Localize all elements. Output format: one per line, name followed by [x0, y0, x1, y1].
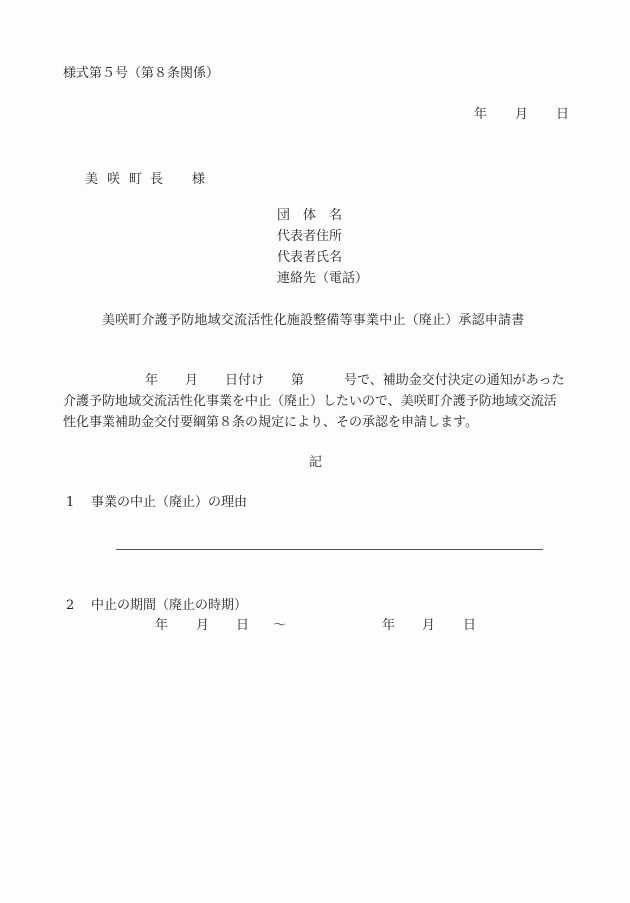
section2-to-day: 日: [463, 619, 476, 632]
ki-heading: 記: [309, 456, 322, 469]
applicant-representative-label: 代表者氏名: [277, 251, 342, 264]
body-line2: 介護予防地域交流活性化事業を中止（廃止）したいので、美咲町介護予防地域交流活: [63, 395, 557, 408]
addressee-char: 町: [129, 168, 142, 187]
section2-number: 2: [66, 599, 74, 612]
body-month: 月: [185, 374, 198, 387]
section2-tilde: ～: [273, 619, 286, 632]
section2-to-month: 月: [422, 619, 435, 632]
section2-from-month: 月: [196, 619, 209, 632]
date-day: 日: [556, 108, 569, 121]
section2-from-day: 日: [236, 619, 249, 632]
section2-to-year: 年: [382, 619, 395, 632]
section1-number: 1: [66, 496, 74, 509]
date-month: 月: [515, 108, 528, 121]
body-dated: 日付け: [225, 374, 264, 387]
section1-label: 事業の中止（廃止）の理由: [91, 496, 247, 509]
date-year: 年: [474, 108, 487, 121]
body-year: 年: [145, 374, 158, 387]
applicant-phone-label: 連絡先（電話）: [277, 272, 368, 285]
applicant-org-name-label: 団 体 名: [277, 209, 342, 222]
addressee-char: 長: [150, 168, 163, 187]
addressee-char: 咲: [107, 168, 120, 187]
section2-from-year: 年: [155, 619, 168, 632]
addressee-honorific: 様: [192, 168, 205, 187]
section2-label: 中止の期間（廃止の時期）: [91, 599, 247, 612]
section1-reason-underline[interactable]: [116, 549, 543, 550]
addressee-char: 美: [85, 168, 98, 187]
document-title: 美咲町介護予防地域交流活性化施設整備等事業中止（廃止）承認申請書: [102, 314, 524, 327]
body-line3: 性化事業補助金交付要綱第８条の規定により、その承認を申請します。: [63, 416, 478, 429]
body-dai: 第: [291, 374, 304, 387]
form-number: 様式第５号（第８条関係）: [63, 67, 219, 80]
applicant-address-label: 代表者住所: [277, 230, 342, 243]
body-line1-rest: 号で、補助金交付決定の通知があった: [344, 374, 565, 387]
